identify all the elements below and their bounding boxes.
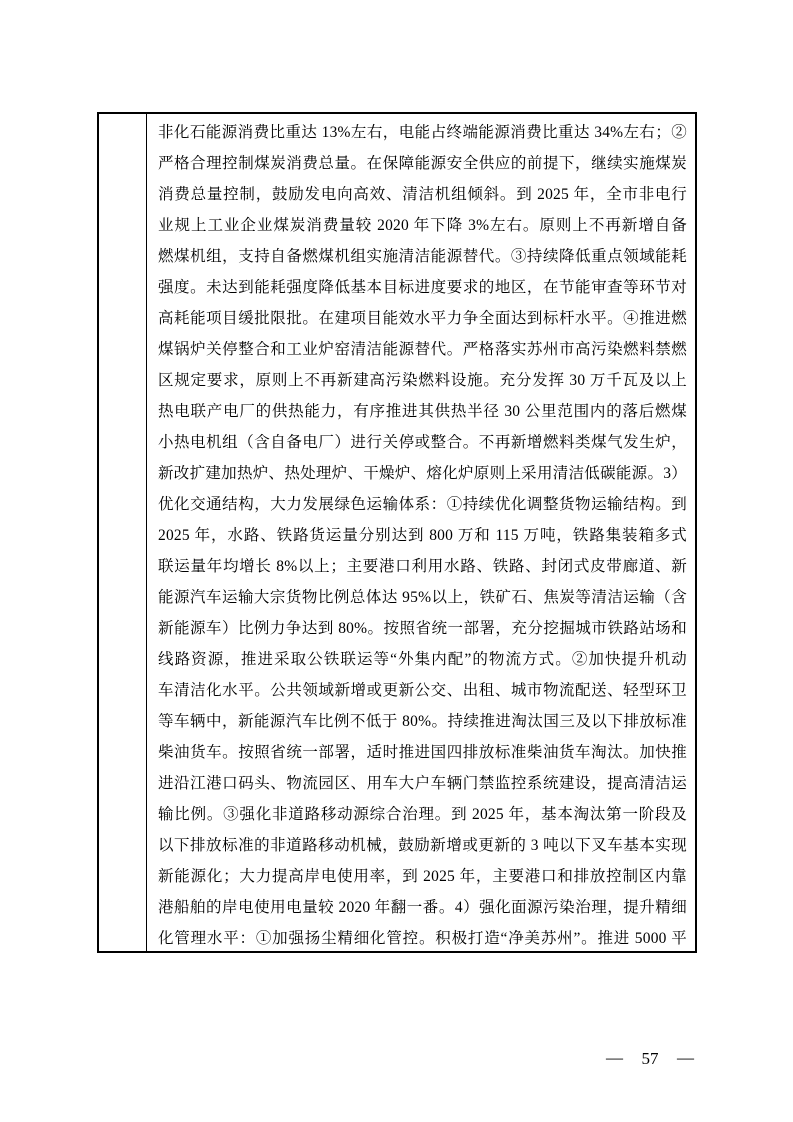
text-line: 煤锅炉关停整合和工业炉窑清洁能源替代。严格落实苏州市高污染燃料禁燃	[158, 334, 687, 365]
footer-right-dash: —	[677, 1047, 694, 1069]
text-line: 柴油货车。按照省统一部署，适时推进国四排放标准柴油货车淘汰。加快推	[158, 737, 687, 768]
text-line: 化管理水平：①加强扬尘精细化管控。积极打造“净美苏州”。推进 5000 平	[158, 923, 687, 951]
document-page: 非化石能源消费比重达 13%左右，电能占终端能源消费比重达 34%左右；②严格合…	[0, 0, 793, 1122]
text-line: 等车辆中，新能源汽车比例不低于 80%。持续推进淘汰国三及以下排放标准	[158, 706, 687, 737]
text-line: 车清洁化水平。公共领域新增或更新公交、出租、城市物流配送、轻型环卫	[158, 675, 687, 706]
page-footer: — 57 —	[606, 1048, 694, 1070]
text-line: 高耗能项目缓批限批。在建项目能效水平力争全面达到标杆水平。④推进燃	[158, 303, 687, 334]
content-table: 非化石能源消费比重达 13%左右，电能占终端能源消费比重达 34%左右；②严格合…	[97, 112, 697, 953]
text-line: 能源汽车运输大宗货物比例总体达 95%以上，铁矿石、焦炭等清洁运输（含	[158, 582, 687, 613]
text-line: 联运量年均增长 8%以上；主要港口利用水路、铁路、封闭式皮带廊道、新	[158, 551, 687, 582]
text-line: 进沿江港口码头、物流园区、用车大户车辆门禁监控系统建设，提高清洁运	[158, 768, 687, 799]
text-line: 2025 年，水路、铁路货运量分别达到 800 万和 115 万吨，铁路集装箱多…	[158, 520, 687, 551]
text-line: 以下排放标准的非道路移动机械，鼓励新增或更新的 3 吨以下叉车基本实现	[158, 830, 687, 861]
text-line: 燃煤机组，支持自备燃煤机组实施清洁能源替代。③持续降低重点领域能耗	[158, 241, 687, 272]
text-line: 港船舶的岸电使用电量较 2020 年翻一番。4）强化面源污染治理，提升精细	[158, 892, 687, 923]
text-line: 业规上工业企业煤炭消费量较 2020 年下降 3%左右。原则上不再新增自备	[158, 210, 687, 241]
table-left-column-cell	[99, 114, 147, 951]
text-line: 优化交通结构，大力发展绿色运输体系：①持续优化调整货物运输结构。到	[158, 489, 687, 520]
text-line: 严格合理控制煤炭消费总量。在保障能源安全供应的前提下，继续实施煤炭	[158, 148, 687, 179]
text-line: 区规定要求，原则上不再新建高污染燃料设施。充分发挥 30 万千瓦及以上	[158, 365, 687, 396]
text-line: 线路资源，推进采取公铁联运等“外集内配”的物流方式。②加快提升机动	[158, 644, 687, 675]
text-line: 小热电机组（含自备电厂）进行关停或整合。不再新增燃料类煤气发生炉，	[158, 427, 687, 458]
text-line: 新能源化；大力提高岸电使用率，到 2025 年，主要港口和排放控制区内靠	[158, 861, 687, 892]
text-line: 热电联产电厂的供热能力，有序推进其供热半径 30 公里范围内的落后燃煤	[158, 396, 687, 427]
text-line: 输比例。③强化非道路移动源综合治理。到 2025 年，基本淘汰第一阶段及	[158, 799, 687, 830]
text-line: 新改扩建加热炉、热处理炉、干燥炉、熔化炉原则上采用清洁低碳能源。3）	[158, 458, 687, 489]
text-line: 非化石能源消费比重达 13%左右，电能占终端能源消费比重达 34%左右；②	[158, 117, 687, 148]
footer-left-dash: —	[606, 1047, 623, 1069]
text-line: 消费总量控制，鼓励发电向高效、清洁机组倾斜。到 2025 年，全市非电行	[158, 179, 687, 210]
text-line: 新能源车）比例力争达到 80%。按照省统一部署，充分挖掘城市铁路站场和	[158, 613, 687, 644]
page-number: 57	[642, 1048, 659, 1070]
text-line: 强度。未达到能耗强度降低基本目标进度要求的地区，在节能审查等环节对	[158, 272, 687, 303]
table-text-cell: 非化石能源消费比重达 13%左右，电能占终端能源消费比重达 34%左右；②严格合…	[147, 114, 695, 951]
